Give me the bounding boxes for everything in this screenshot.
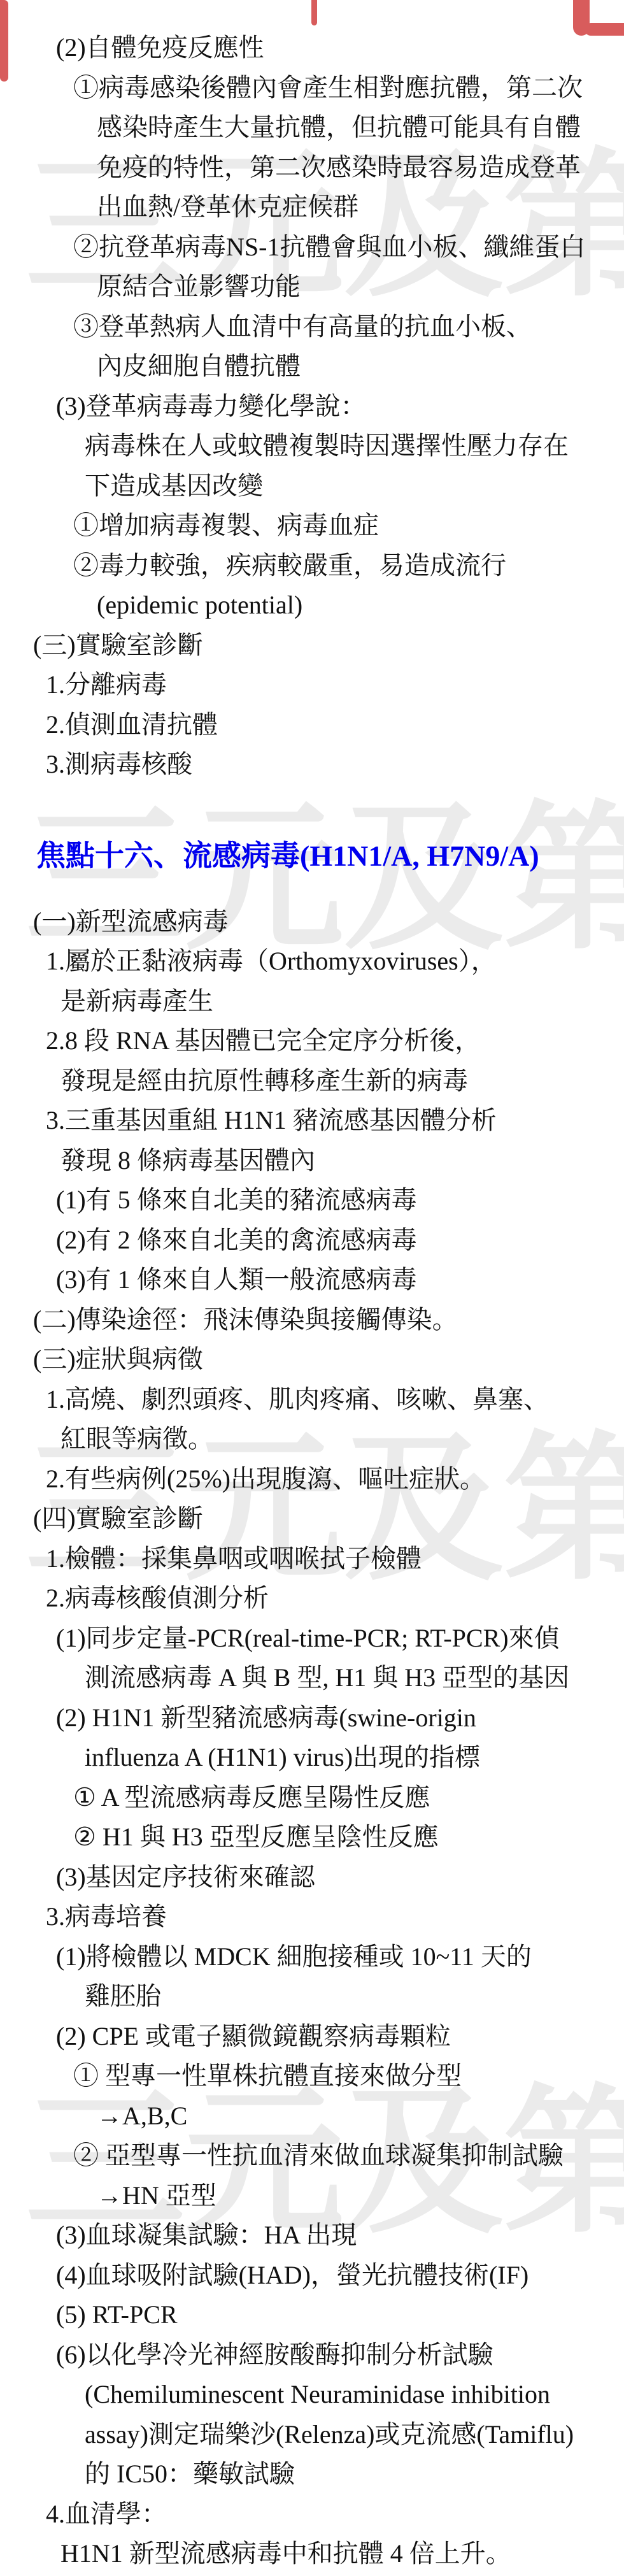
text-line: (Chemiluminescent Neuraminidase inhibiti… [0,2375,624,2415]
text-line: ② 亞型專一性抗血清來做血球凝集抑制試驗 [0,2136,624,2176]
text-line: ②毒力較強，疾病較嚴重，易造成流行 [0,546,624,586]
text-line: 發現 8 條病毒基因體內 [0,1141,624,1181]
text-line: ③登革熱病人血清中有高量的抗血小板、 [0,307,624,347]
text-line: assay)測定瑞樂沙(Relenza)或克流感(Tamiflu) [0,2415,624,2455]
text-line: →HN 亞型 [0,2176,624,2216]
text-line: 1.分離病毒 [0,665,624,705]
text-line: (2) CPE 或電子顯微鏡觀察病毒顆粒 [0,2017,624,2057]
text-line: (1)有 5 條來自北美的豬流感病毒 [0,1180,624,1220]
text-line: 出血熱/登革休克症候群 [0,187,624,227]
text-line: 1.屬於正黏液病毒（Orthomyxoviruses）， [0,941,624,982]
text-line: →A,B,C [0,2096,624,2136]
text-line: (6)以化學冷光神經胺酸酶抑制分析試驗 [0,2335,624,2375]
text-line: 免疫的特性，第二次感染時最容易造成登革 [0,148,624,188]
text-line: ① A 型流感病毒反應呈陽性反應 [0,1778,624,1818]
text-line: (2) H1N1 新型豬流感病毒(swine-origin [0,1698,624,1738]
text-line: 2.8 段 RNA 基因體已完全定序分析後， [0,1021,624,1061]
text-line: 2.有些病例(25%)出現腹瀉、嘔吐症狀。 [0,1459,624,1499]
text-line: 紅眼等病徵。 [0,1419,624,1459]
dengue-section-lines: (2)自體免疫反應性①病毒感染後體內會產生相對應抗體，第二次感染時產生大量抗體，… [0,28,624,785]
text-line: ① 型專一性單株抗體直接來做分型 [0,2056,624,2096]
text-line: (3)登革病毒毒力變化學說： [0,387,624,427]
text-line: 2.偵測血清抗體 [0,705,624,745]
text-line: (三)實驗室診斷 [0,626,624,666]
section-heading: 焦點十六、流感病毒(H1N1/A, H7N9/A) [0,824,624,888]
text-line: (二)傳染途徑：飛沫傳染與接觸傳染。 [0,1300,624,1340]
text-line: influenza A (H1N1) virus)出現的指標 [0,1738,624,1778]
text-line: (四)實驗室診斷 [0,1499,624,1539]
text-line: 3.三重基因重組 H1N1 豬流感基因體分析 [0,1101,624,1141]
text-line: 下造成基因改變 [0,466,624,506]
text-line: (epidemic potential) [0,585,624,626]
influenza-section-lines: (一)新型流感病毒1.屬於正黏液病毒（Orthomyxoviruses），是新病… [0,902,624,2574]
text-line: (3)血球凝集試驗：HA 出現 [0,2215,624,2256]
text-line: (一)新型流感病毒 [0,902,624,942]
text-line: 3.病毒培養 [0,1897,624,1937]
text-line: (三)症狀與病徵 [0,1340,624,1380]
text-line: (4)血球吸附試驗(HAD)，螢光抗體技術(IF) [0,2256,624,2296]
text-line: ①病毒感染後體內會產生相對應抗體，第二次 [0,68,624,108]
text-line: (5) RT-PCR [0,2295,624,2335]
text-line: 是新病毒產生 [0,982,624,1022]
text-line: 1.檢體：採集鼻咽或咽喉拭子檢體 [0,1539,624,1579]
text-line: 內皮細胞自體抗體 [0,347,624,387]
text-line: (1)同步定量-PCR(real-time-PCR; RT-PCR)來偵 [0,1619,624,1659]
text-line: ②抗登革病毒NS-1抗體會與血小板、纖維蛋白 [0,227,624,268]
text-line: 1.高燒、劇烈頭疼、肌肉疼痛、咳嗽、鼻塞、 [0,1380,624,1420]
text-line: ② H1 與 H3 亞型反應呈陰性反應 [0,1817,624,1857]
text-line: 病毒株在人或蚊體複製時因選擇性壓力存在 [0,426,624,466]
text-line: (2)有 2 條來自北美的禽流感病毒 [0,1220,624,1261]
text-line: 測流感病毒 A 與 B 型, H1 與 H3 亞型的基因 [0,1658,624,1698]
text-line: (1)將檢體以 MDCK 細胞接種或 10~11 天的 [0,1937,624,1977]
text-line: 雞胚胎 [0,1977,624,2017]
section-gap [0,785,624,824]
text-line: 原結合並影響功能 [0,267,624,307]
text-line: 感染時產生大量抗體，但抗體可能具有自體 [0,108,624,148]
text-line: H1N1 新型流感病毒中和抗體 4 倍上升。 [0,2534,624,2574]
document-text: (2)自體免疫反應性①病毒感染後體內會產生相對應抗體，第二次感染時產生大量抗體，… [0,0,624,2574]
text-line: 發現是經由抗原性轉移產生新的病毒 [0,1061,624,1101]
text-line: 3.測病毒核酸 [0,745,624,785]
text-line: ①增加病毒複製、病毒血症 [0,506,624,546]
text-line: (3)基因定序技術來確認 [0,1857,624,1898]
document-page: { "page": { "background": "#ffffff", "wa… [0,0,624,2576]
text-line: (3)有 1 條來自人類一般流感病毒 [0,1260,624,1300]
text-line: 2.病毒核酸偵測分析 [0,1578,624,1619]
text-line: 的 IC50：藥敏試驗 [0,2454,624,2494]
text-line: 4.血清學： [0,2494,624,2535]
text-line: (2)自體免疫反應性 [0,28,624,68]
